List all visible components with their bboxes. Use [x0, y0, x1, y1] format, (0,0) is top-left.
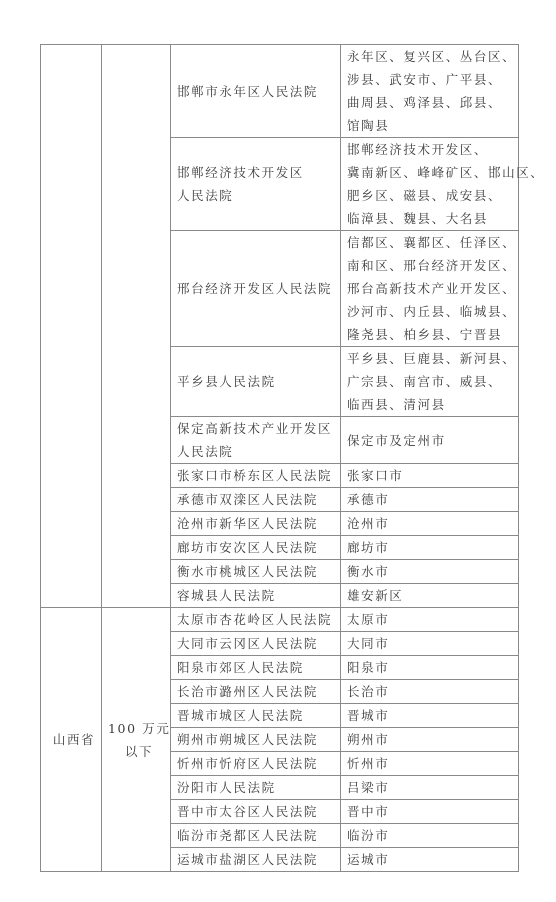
jurisdiction-area-cell: 承德市: [341, 488, 519, 512]
jurisdiction-area-line: 张家口市: [347, 464, 518, 487]
jurisdiction-area-line: 涉县、武安市、广平县、: [347, 68, 518, 91]
jurisdiction-area-line: 临汾市: [347, 824, 518, 847]
jurisdiction-area-cell: 太原市: [341, 608, 519, 632]
jurisdiction-area-line: 吕梁市: [347, 776, 518, 799]
court-name-line: 沧州市新华区人民法院: [177, 512, 340, 535]
jurisdiction-area-line: 隆尧县、柏乡县、宁晋县: [347, 323, 518, 346]
court-name-cell: 朔州市朔城区人民法院: [171, 728, 341, 752]
jurisdiction-area-line: 雄安新区: [347, 584, 518, 607]
jurisdiction-area-cell: 长治市: [341, 680, 519, 704]
court-name-line: 晋城市城区人民法院: [177, 704, 340, 727]
jurisdiction-area-line: 运城市: [347, 848, 518, 871]
table-row: 邯郸市永年区人民法院永年区、复兴区、丛台区、涉县、武安市、广平县、曲周县、鸡泽县…: [41, 45, 519, 138]
jurisdiction-area-cell: 雄安新区: [341, 584, 519, 608]
jurisdiction-area-line: 馆陶县: [347, 114, 518, 137]
court-name-cell: 沧州市新华区人民法院: [171, 512, 341, 536]
jurisdiction-area-line: 广宗县、南宫市、威县、: [347, 370, 518, 393]
court-name-cell: 长治市潞州区人民法院: [171, 680, 341, 704]
jurisdiction-area-cell: 晋中市: [341, 800, 519, 824]
court-name-line: 邢台经济开发区人民法院: [177, 277, 340, 300]
jurisdiction-area-cell: 廊坊市: [341, 536, 519, 560]
jurisdiction-area-line: 大同市: [347, 632, 518, 655]
court-name-cell: 邯郸经济技术开发区人民法院: [171, 138, 341, 231]
court-name-line: 人民法院: [177, 440, 340, 463]
jurisdiction-area-line: 沙河市、内丘县、临城县、: [347, 300, 518, 323]
court-name-cell: 保定高新技术产业开发区人民法院: [171, 417, 341, 464]
province-cell: [41, 45, 102, 608]
court-name-cell: 太原市杏花岭区人民法院: [171, 608, 341, 632]
court-name-line: 衡水市桃城区人民法院: [177, 560, 340, 583]
court-name-line: 阳泉市郊区人民法院: [177, 656, 340, 679]
jurisdiction-area-cell: 衡水市: [341, 560, 519, 584]
court-name-cell: 大同市云冈区人民法院: [171, 632, 341, 656]
jurisdiction-area-line: 曲周县、鸡泽县、邱县、: [347, 91, 518, 114]
jurisdiction-area-line: 永年区、复兴区、丛台区、: [347, 45, 518, 68]
court-name-cell: 晋城市城区人民法院: [171, 704, 341, 728]
jurisdiction-area-cell: 永年区、复兴区、丛台区、涉县、武安市、广平县、曲周县、鸡泽县、邱县、馆陶县: [341, 45, 519, 138]
jurisdiction-area-line: 邢台高新技术产业开发区、: [347, 277, 518, 300]
jurisdiction-area-line: 保定市及定州市: [347, 429, 518, 452]
jurisdiction-area-line: 承德市: [347, 488, 518, 511]
jurisdiction-area-line: 长治市: [347, 680, 518, 703]
court-name-line: 忻州市忻府区人民法院: [177, 752, 340, 775]
court-name-cell: 平乡县人民法院: [171, 347, 341, 417]
court-jurisdiction-table: 邯郸市永年区人民法院永年区、复兴区、丛台区、涉县、武安市、广平县、曲周县、鸡泽县…: [40, 44, 519, 872]
province-cell: 山西省: [41, 608, 102, 872]
court-name-line: 保定高新技术产业开发区: [177, 417, 340, 440]
court-name-line: 邯郸经济技术开发区: [177, 161, 340, 184]
court-name-cell: 邯郸市永年区人民法院: [171, 45, 341, 138]
document-page: 邯郸市永年区人民法院永年区、复兴区、丛台区、涉县、武安市、广平县、曲周县、鸡泽县…: [40, 44, 518, 872]
jurisdiction-area-cell: 张家口市: [341, 464, 519, 488]
court-name-cell: 张家口市桥东区人民法院: [171, 464, 341, 488]
jurisdiction-area-line: 临西县、清河县: [347, 393, 518, 416]
jurisdiction-area-line: 沧州市: [347, 512, 518, 535]
amount-line: 以下: [108, 740, 170, 763]
court-name-line: 人民法院: [177, 184, 340, 207]
court-name-line: 张家口市桥东区人民法院: [177, 464, 340, 487]
jurisdiction-area-line: 阳泉市: [347, 656, 518, 679]
court-name-line: 大同市云冈区人民法院: [177, 632, 340, 655]
jurisdiction-area-line: 南和区、邢台经济开发区、: [347, 254, 518, 277]
jurisdiction-area-cell: 邯郸经济技术开发区、冀南新区、峰峰矿区、邯山区、肥乡区、磁县、成安县、临漳县、魏…: [341, 138, 519, 231]
jurisdiction-area-line: 廊坊市: [347, 536, 518, 559]
jurisdiction-area-line: 太原市: [347, 608, 518, 631]
court-name-line: 汾阳市人民法院: [177, 776, 340, 799]
court-name-line: 太原市杏花岭区人民法院: [177, 608, 340, 631]
jurisdiction-area-cell: 大同市: [341, 632, 519, 656]
court-name-line: 长治市潞州区人民法院: [177, 680, 340, 703]
table-body: 邯郸市永年区人民法院永年区、复兴区、丛台区、涉县、武安市、广平县、曲周县、鸡泽县…: [41, 45, 519, 872]
jurisdiction-area-cell: 朔州市: [341, 728, 519, 752]
jurisdiction-area-line: 临漳县、魏县、大名县: [347, 207, 518, 230]
court-name-cell: 临汾市尧都区人民法院: [171, 824, 341, 848]
jurisdiction-area-line: 晋城市: [347, 704, 518, 727]
jurisdiction-area-cell: 晋城市: [341, 704, 519, 728]
court-name-cell: 容城县人民法院: [171, 584, 341, 608]
court-name-line: 晋中市太谷区人民法院: [177, 800, 340, 823]
court-name-line: 廊坊市安次区人民法院: [177, 536, 340, 559]
court-name-line: 容城县人民法院: [177, 584, 340, 607]
court-name-cell: 晋中市太谷区人民法院: [171, 800, 341, 824]
jurisdiction-area-cell: 临汾市: [341, 824, 519, 848]
jurisdiction-area-cell: 运城市: [341, 848, 519, 872]
jurisdiction-area-line: 忻州市: [347, 752, 518, 775]
jurisdiction-area-line: 朔州市: [347, 728, 518, 751]
jurisdiction-area-cell: 忻州市: [341, 752, 519, 776]
jurisdiction-area-cell: 沧州市: [341, 512, 519, 536]
court-name-cell: 运城市盐湖区人民法院: [171, 848, 341, 872]
court-name-cell: 衡水市桃城区人民法院: [171, 560, 341, 584]
court-name-line: 运城市盐湖区人民法院: [177, 848, 340, 871]
amount-line: 100 万元: [108, 717, 170, 740]
jurisdiction-area-line: 肥乡区、磁县、成安县、: [347, 184, 518, 207]
jurisdiction-area-line: 信都区、襄都区、任泽区、: [347, 231, 518, 254]
jurisdiction-area-cell: 阳泉市: [341, 656, 519, 680]
amount-threshold-cell: [102, 45, 171, 608]
court-name-cell: 阳泉市郊区人民法院: [171, 656, 341, 680]
court-name-line: 临汾市尧都区人民法院: [177, 824, 340, 847]
court-name-cell: 承德市双滦区人民法院: [171, 488, 341, 512]
court-name-cell: 邢台经济开发区人民法院: [171, 231, 341, 347]
court-name-line: 朔州市朔城区人民法院: [177, 728, 340, 751]
jurisdiction-area-line: 晋中市: [347, 800, 518, 823]
jurisdiction-area-cell: 平乡县、巨鹿县、新河县、广宗县、南宫市、威县、临西县、清河县: [341, 347, 519, 417]
amount-threshold-cell: 100 万元以下: [102, 608, 171, 872]
court-name-line: 平乡县人民法院: [177, 370, 340, 393]
court-name-cell: 忻州市忻府区人民法院: [171, 752, 341, 776]
jurisdiction-area-cell: 信都区、襄都区、任泽区、南和区、邢台经济开发区、邢台高新技术产业开发区、沙河市、…: [341, 231, 519, 347]
court-name-line: 承德市双滦区人民法院: [177, 488, 340, 511]
jurisdiction-area-cell: 保定市及定州市: [341, 417, 519, 464]
court-name-line: 邯郸市永年区人民法院: [177, 80, 340, 103]
jurisdiction-area-line: 衡水市: [347, 560, 518, 583]
court-name-cell: 廊坊市安次区人民法院: [171, 536, 341, 560]
jurisdiction-area-cell: 吕梁市: [341, 776, 519, 800]
jurisdiction-area-line: 平乡县、巨鹿县、新河县、: [347, 347, 518, 370]
court-name-cell: 汾阳市人民法院: [171, 776, 341, 800]
jurisdiction-area-line: 邯郸经济技术开发区、: [347, 138, 518, 161]
table-row: 山西省100 万元以下太原市杏花岭区人民法院太原市: [41, 608, 519, 632]
jurisdiction-area-line: 冀南新区、峰峰矿区、邯山区、: [347, 161, 518, 184]
